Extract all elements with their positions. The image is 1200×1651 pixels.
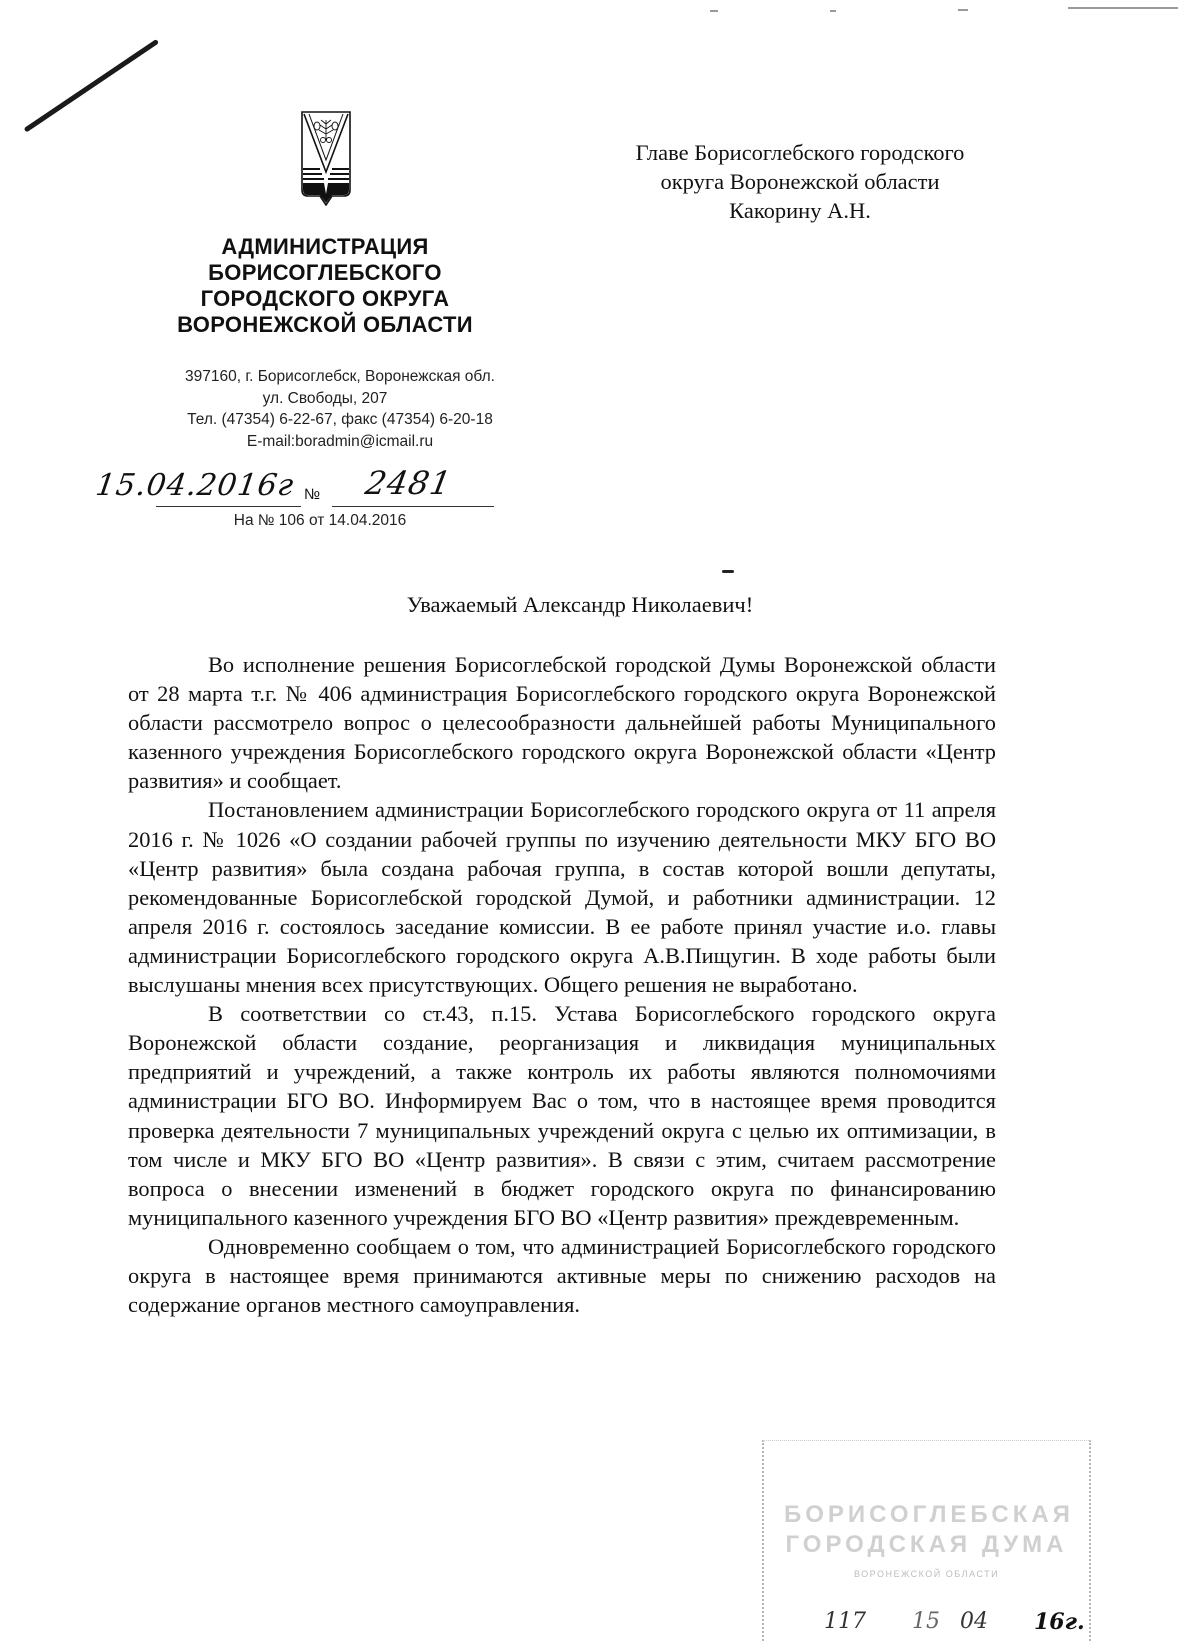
- org-name-line: ГОРОДСКОГО ОКРУГА: [160, 286, 490, 312]
- addressee-line: Главе Борисоглебского городского: [590, 138, 1010, 167]
- phone-fax: Тел. (47354) 6-22-67, факс (47354) 6-20-…: [130, 409, 550, 431]
- paragraph: Одновременно сообщаем о том, что админис…: [128, 1232, 996, 1319]
- stamp-month: 04: [960, 1609, 988, 1634]
- salutation: Уважаемый Александр Николаевич!: [300, 592, 860, 618]
- registration-date: 15.04.2016г: [94, 468, 297, 503]
- scan-artifact: [958, 9, 968, 11]
- date-underline: [156, 506, 301, 507]
- paragraph: Постановлением администрации Борисоглебс…: [128, 795, 996, 999]
- paragraph: Во исполнение решения Борисоглебской гор…: [128, 650, 996, 795]
- stamp-line: ВОРОНЕЖСКОЙ ОБЛАСТИ: [774, 1569, 1079, 1579]
- email: E-mail:boradmin@icmail.ru: [130, 431, 550, 453]
- number-label: №: [304, 486, 320, 503]
- org-name-line: ВОРОНЕЖСКОЙ ОБЛАСТИ: [160, 312, 490, 338]
- address-line: 397160, г. Борисоглебск, Воронежская обл…: [130, 366, 550, 388]
- stamp-day: 15: [912, 1609, 940, 1634]
- scan-artifact: [722, 570, 734, 573]
- org-name-line: АДМИНИСТРАЦИЯ: [160, 234, 490, 260]
- address-line: ул. Свободы, 207: [130, 388, 550, 410]
- scan-artifact: [1068, 7, 1178, 9]
- addressee-line: Какорину А.Н.: [590, 196, 1010, 225]
- registration-number: 2481: [363, 464, 455, 502]
- paragraph: В соответствии со ст.43, п.15. Устава Бо…: [128, 999, 996, 1232]
- coat-of-arms-icon: [300, 110, 352, 206]
- stamp-line: БОРИСОГЛЕБСКАЯ: [784, 1501, 1069, 1529]
- pen-stroke-mark: [24, 39, 159, 133]
- incoming-stamp: БОРИСОГЛЕБСКАЯ ГОРОДСКАЯ ДУМА ВОРОНЕЖСКО…: [762, 1440, 1091, 1641]
- scan-artifact: [710, 10, 718, 12]
- addressee-line: округа Воронежской области: [590, 167, 1010, 196]
- stamp-incoming-number: 117: [824, 1609, 866, 1634]
- org-name-line: БОРИСОГЛЕБСКОГО: [160, 260, 490, 286]
- reply-reference: На № 106 от 14.04.2016: [170, 512, 470, 530]
- scan-artifact: [830, 10, 836, 12]
- registration-line: 15.04.2016г № 2481: [96, 468, 526, 510]
- letter-body: Во исполнение решения Борисоглебской гор…: [128, 650, 996, 1319]
- stamp-year: 16г.: [1034, 1609, 1085, 1635]
- number-underline: [332, 506, 494, 507]
- stamp-line: ГОРОДСКАЯ ДУМА: [784, 1531, 1069, 1559]
- sender-organization-name: АДМИНИСТРАЦИЯ БОРИСОГЛЕБСКОГО ГОРОДСКОГО…: [160, 234, 490, 338]
- sender-contacts: 397160, г. Борисоглебск, Воронежская обл…: [130, 366, 550, 452]
- addressee: Главе Борисоглебского городского округа …: [590, 138, 1010, 225]
